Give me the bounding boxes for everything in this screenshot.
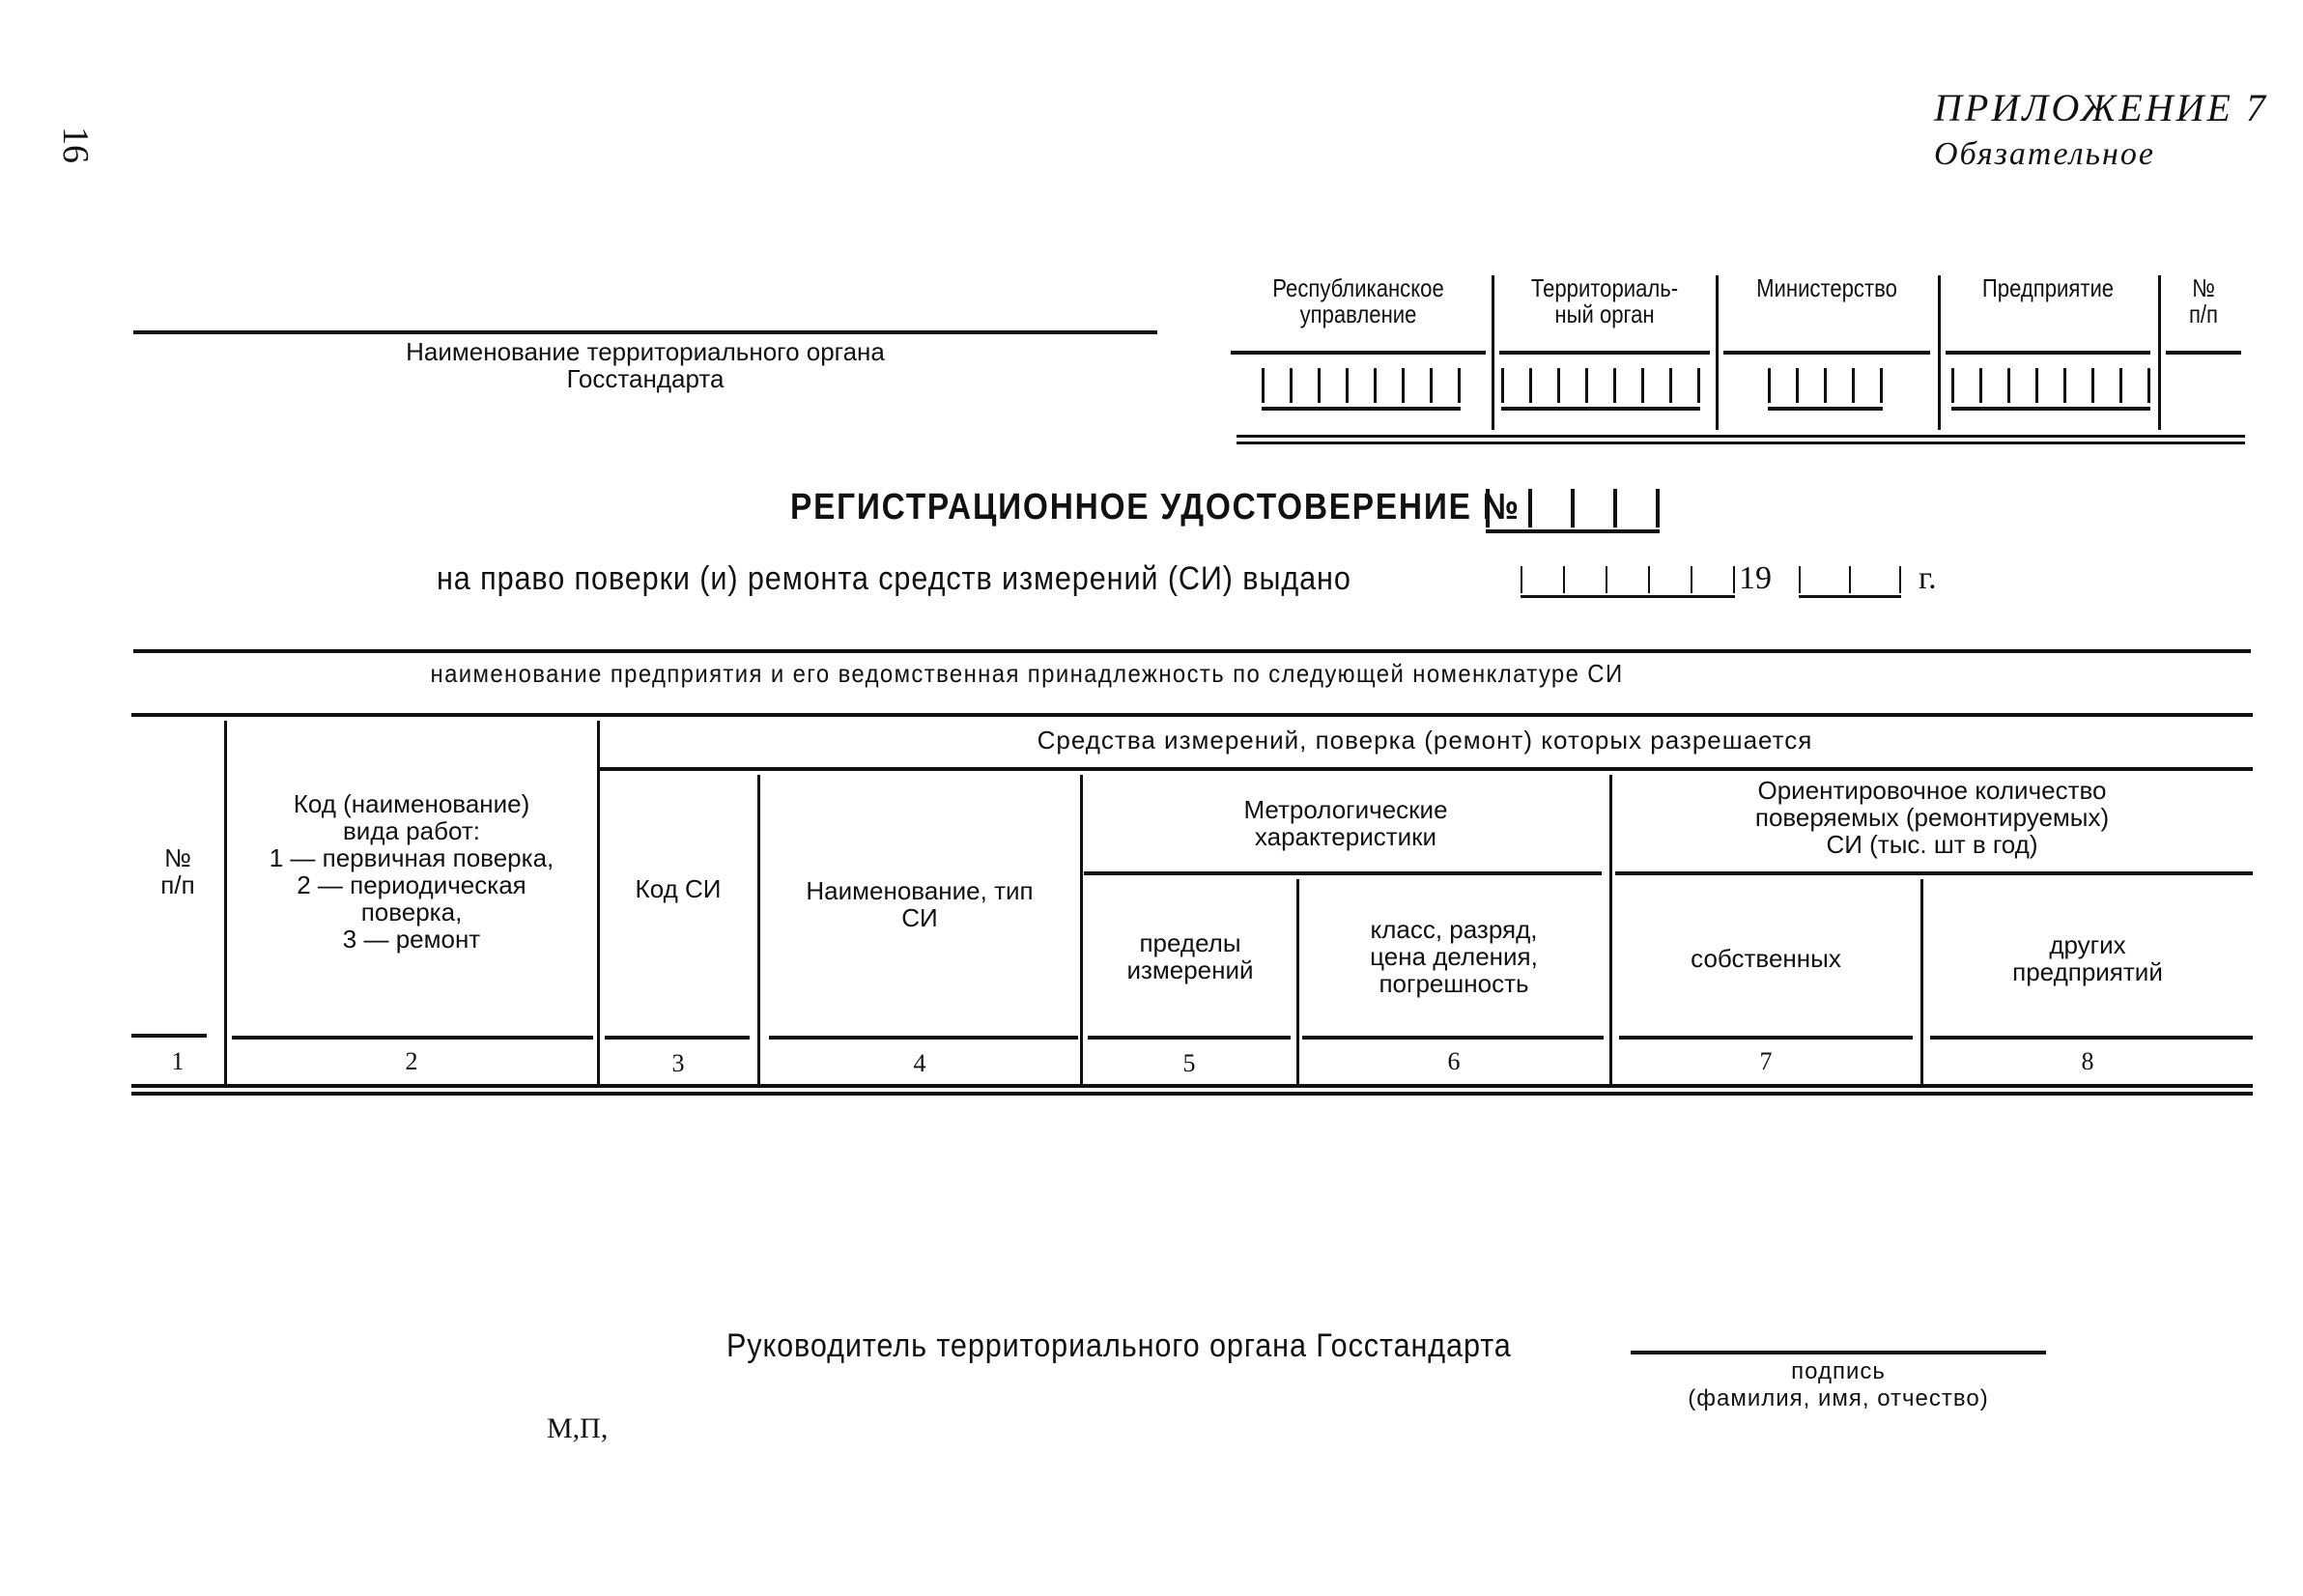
- column-label: Предприятие: [1958, 275, 2139, 301]
- signature-label: Руководитель территориального органа Гос…: [726, 1327, 1512, 1365]
- divider: [1716, 275, 1719, 430]
- issue-year-cells[interactable]: [1799, 566, 1901, 598]
- divider: [2158, 275, 2161, 430]
- certificate-number-cells[interactable]: [1486, 489, 1660, 533]
- column-label: Территориаль-: [1512, 275, 1697, 301]
- divider: [1615, 871, 2253, 875]
- code-column-number: № п/п: [2162, 275, 2245, 440]
- column-number: 2: [226, 1047, 597, 1076]
- page-number: 16: [54, 116, 97, 174]
- signature-field[interactable]: [1631, 1351, 2046, 1354]
- column-number: 3: [599, 1049, 757, 1078]
- year-suffix: г.: [1919, 560, 1937, 597]
- divider: [769, 1036, 1078, 1040]
- appendix-subtitle: Обязательное: [1934, 136, 2268, 173]
- header-col1: № п/п: [131, 844, 224, 898]
- quantity-header: Ориентировочное количество поверяемых (р…: [1611, 777, 2253, 858]
- enterprise-code-cells[interactable]: [1951, 368, 2150, 411]
- double-rule: [131, 1092, 2253, 1096]
- ministry-code-cells[interactable]: [1768, 368, 1883, 411]
- appendix-title: ПРИЛОЖЕНИЕ 7: [1934, 85, 2268, 130]
- stamp-place: М,П,: [547, 1412, 608, 1445]
- header-col5: пределы измерений: [1084, 929, 1296, 983]
- column-number: 8: [1922, 1047, 2253, 1076]
- column-label: п/п: [2168, 301, 2238, 328]
- column-label: Республиканское: [1246, 275, 1469, 301]
- metrology-header: Метрологические характеристики: [1082, 796, 1609, 850]
- issue-date-cells[interactable]: [1521, 566, 1735, 598]
- divider: [232, 1036, 593, 1040]
- divider: [1619, 1036, 1913, 1040]
- column-label: управление: [1246, 301, 1469, 328]
- divider: [131, 1034, 207, 1038]
- column-label: Министерство: [1736, 275, 1919, 301]
- code-column-ministry: Министерство: [1720, 275, 1934, 440]
- enterprise-name-field[interactable]: [133, 649, 2251, 653]
- divider: [1088, 1036, 1291, 1040]
- code-box: Республиканское управление Территориаль-…: [1227, 275, 2245, 440]
- column-number: 5: [1082, 1049, 1296, 1078]
- header-col2: Код (наименование) вида работ: 1 — перви…: [226, 790, 597, 953]
- divider: [1492, 275, 1494, 430]
- column-number: 4: [759, 1049, 1080, 1078]
- divider: [1723, 351, 1930, 355]
- column-number: 7: [1611, 1047, 1920, 1076]
- caption-line: Наименование территориального органа: [133, 338, 1157, 365]
- header-col3: Код СИ: [599, 875, 757, 902]
- territorial-organ-field[interactable]: [133, 330, 1157, 334]
- header-col7: собственных: [1611, 945, 1920, 972]
- divider: [1231, 351, 1486, 355]
- certificate-title: РЕГИСТРАЦИОННОЕ УДОСТОВЕРЕНИЕ №: [790, 487, 1521, 528]
- appendix-header: ПРИЛОЖЕНИЕ 7 Обязательное: [1934, 85, 2268, 173]
- column-number: 1: [131, 1047, 224, 1076]
- divider: [1930, 1036, 2253, 1040]
- divider: [1938, 275, 1941, 430]
- code-column-enterprise: Предприятие: [1942, 275, 2154, 440]
- divider: [1302, 1036, 1604, 1040]
- double-rule: [1237, 442, 2245, 444]
- divider: [1499, 351, 1710, 355]
- group-header: Средства измерений, поверка (ремонт) кот…: [597, 727, 2253, 754]
- issued-text: на право поверки (и) ремонта средств изм…: [437, 560, 1351, 598]
- header-col4: Наименование, тип СИ: [759, 877, 1080, 931]
- territorial-code-cells[interactable]: [1501, 368, 1700, 411]
- column-label: №: [2168, 275, 2238, 301]
- nomenclature-table: Средства измерений, поверка (ремонт) кот…: [131, 713, 2253, 1099]
- header-col8: других предприятий: [1922, 931, 2253, 985]
- divider: [597, 721, 600, 1084]
- double-rule: [1237, 435, 2245, 438]
- table-top-rule: [131, 713, 2253, 717]
- year-prefix: 19: [1739, 560, 1772, 597]
- divider: [1084, 871, 1602, 875]
- divider: [2166, 351, 2241, 355]
- code-column-republic: Республиканское управление: [1227, 275, 1490, 440]
- header-col6: класс, разряд, цена деления, погрешность: [1298, 916, 1609, 997]
- column-number: 6: [1298, 1047, 1609, 1076]
- republic-code-cells[interactable]: [1262, 368, 1461, 411]
- signature-caption: подпись (фамилия, имя, отчество): [1631, 1358, 2046, 1412]
- code-column-territorial: Территориаль- ный орган: [1495, 275, 1714, 440]
- enterprise-caption: наименование предприятия и его ведомстве…: [205, 659, 1849, 689]
- column-label: ный орган: [1512, 301, 1697, 328]
- divider: [597, 767, 2253, 771]
- divider: [1946, 351, 2150, 355]
- divider: [605, 1036, 750, 1040]
- caption-line: Госстандарта: [133, 365, 1157, 392]
- double-rule: [131, 1084, 2253, 1088]
- territorial-organ-caption: Наименование территориального органа Гос…: [133, 338, 1157, 392]
